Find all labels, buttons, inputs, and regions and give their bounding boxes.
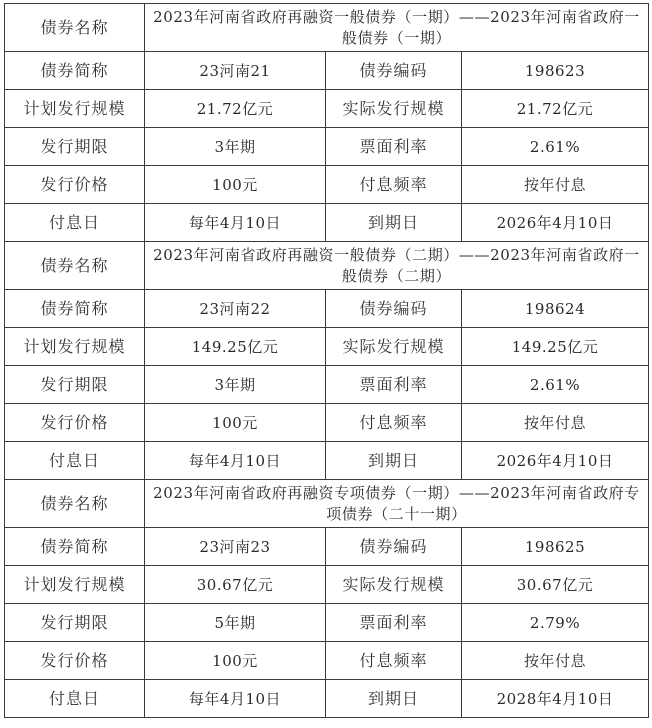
label-term: 发行期限 [5, 366, 145, 404]
bond-1-payment-frequency: 按年付息 [462, 166, 649, 204]
bond-3-date-row: 付息日 每年4月10日 到期日 2028年4月10日 [5, 680, 649, 718]
bond-3-actual-size: 30.67亿元 [462, 566, 649, 604]
bond-2-maturity-date: 2026年4月10日 [462, 442, 649, 480]
bond-1-short-name: 23河南21 [145, 52, 326, 90]
bond-3-maturity-date: 2028年4月10日 [462, 680, 649, 718]
label-actual-size: 实际发行规模 [326, 328, 462, 366]
label-maturity-date: 到期日 [326, 680, 462, 718]
bond-1-payment-date: 每年4月10日 [145, 204, 326, 242]
label-coupon-rate: 票面利率 [326, 366, 462, 404]
label-code: 债券编码 [326, 528, 462, 566]
bond-2-code: 198624 [462, 290, 649, 328]
bond-3-payment-date: 每年4月10日 [145, 680, 326, 718]
bond-2-price-row: 发行价格 100元 付息频率 按年付息 [5, 404, 649, 442]
bond-1-planned-size: 21.72亿元 [145, 90, 326, 128]
label-maturity-date: 到期日 [326, 442, 462, 480]
bond-3-coupon-rate: 2.79% [462, 604, 649, 642]
bond-3-planned-size: 30.67亿元 [145, 566, 326, 604]
label-short-name: 债券简称 [5, 290, 145, 328]
bond-issuance-table: 债券名称 2023年河南省政府再融资一般债券（一期）——2023年河南省政府一般… [4, 3, 649, 718]
bond-2-date-row: 付息日 每年4月10日 到期日 2026年4月10日 [5, 442, 649, 480]
bond-1-maturity-date: 2026年4月10日 [462, 204, 649, 242]
bond-2-coupon-rate: 2.61% [462, 366, 649, 404]
bond-2-short-name-row: 债券简称 23河南22 债券编码 198624 [5, 290, 649, 328]
label-bond-name: 债券名称 [5, 4, 145, 52]
label-bond-name: 债券名称 [5, 242, 145, 290]
bond-3-size-row: 计划发行规模 30.67亿元 实际发行规模 30.67亿元 [5, 566, 649, 604]
bond-2-name-row: 债券名称 2023年河南省政府再融资一般债券（二期）——2023年河南省政府一般… [5, 242, 649, 290]
label-issue-price: 发行价格 [5, 404, 145, 442]
bond-3-name-row: 债券名称 2023年河南省政府再融资专项债券（一期）——2023年河南省政府专项… [5, 480, 649, 528]
bond-1-name-row: 债券名称 2023年河南省政府再融资一般债券（一期）——2023年河南省政府一般… [5, 4, 649, 52]
label-payment-frequency: 付息频率 [326, 166, 462, 204]
bond-1-short-name-row: 债券简称 23河南21 债券编码 198623 [5, 52, 649, 90]
bond-2-short-name: 23河南22 [145, 290, 326, 328]
label-planned-size: 计划发行规模 [5, 90, 145, 128]
bond-3-code: 198625 [462, 528, 649, 566]
bond-2-payment-date: 每年4月10日 [145, 442, 326, 480]
bond-3-payment-frequency: 按年付息 [462, 642, 649, 680]
bond-2-size-row: 计划发行规模 149.25亿元 实际发行规模 149.25亿元 [5, 328, 649, 366]
label-issue-price: 发行价格 [5, 166, 145, 204]
bond-2-payment-frequency: 按年付息 [462, 404, 649, 442]
bond-3-price-row: 发行价格 100元 付息频率 按年付息 [5, 642, 649, 680]
label-code: 债券编码 [326, 52, 462, 90]
bond-3-term-row: 发行期限 5年期 票面利率 2.79% [5, 604, 649, 642]
bond-2-term: 3年期 [145, 366, 326, 404]
bond-1-actual-size: 21.72亿元 [462, 90, 649, 128]
bond-1-term-row: 发行期限 3年期 票面利率 2.61% [5, 128, 649, 166]
bond-1-price-row: 发行价格 100元 付息频率 按年付息 [5, 166, 649, 204]
label-issue-price: 发行价格 [5, 642, 145, 680]
bond-3-short-name: 23河南23 [145, 528, 326, 566]
bond-2-name: 2023年河南省政府再融资一般债券（二期）——2023年河南省政府一般债券（二期… [145, 242, 649, 290]
bond-3-short-name-row: 债券简称 23河南23 债券编码 198625 [5, 528, 649, 566]
bond-3-name: 2023年河南省政府再融资专项债券（一期）——2023年河南省政府专项债券（二十… [145, 480, 649, 528]
label-payment-frequency: 付息频率 [326, 404, 462, 442]
label-payment-date: 付息日 [5, 442, 145, 480]
bond-3-issue-price: 100元 [145, 642, 326, 680]
bond-2-issue-price: 100元 [145, 404, 326, 442]
label-code: 债券编码 [326, 290, 462, 328]
label-coupon-rate: 票面利率 [326, 128, 462, 166]
bond-1-issue-price: 100元 [145, 166, 326, 204]
bond-1-date-row: 付息日 每年4月10日 到期日 2026年4月10日 [5, 204, 649, 242]
bond-1-coupon-rate: 2.61% [462, 128, 649, 166]
label-short-name: 债券简称 [5, 52, 145, 90]
label-planned-size: 计划发行规模 [5, 566, 145, 604]
label-maturity-date: 到期日 [326, 204, 462, 242]
bond-1-code: 198623 [462, 52, 649, 90]
bond-2-planned-size: 149.25亿元 [145, 328, 326, 366]
bond-1-name: 2023年河南省政府再融资一般债券（一期）——2023年河南省政府一般债券（一期… [145, 4, 649, 52]
bond-3-term: 5年期 [145, 604, 326, 642]
bond-2-actual-size: 149.25亿元 [462, 328, 649, 366]
label-payment-date: 付息日 [5, 680, 145, 718]
bond-2-term-row: 发行期限 3年期 票面利率 2.61% [5, 366, 649, 404]
label-term: 发行期限 [5, 604, 145, 642]
bond-1-term: 3年期 [145, 128, 326, 166]
label-payment-frequency: 付息频率 [326, 642, 462, 680]
label-bond-name: 债券名称 [5, 480, 145, 528]
bond-1-size-row: 计划发行规模 21.72亿元 实际发行规模 21.72亿元 [5, 90, 649, 128]
label-short-name: 债券简称 [5, 528, 145, 566]
label-planned-size: 计划发行规模 [5, 328, 145, 366]
label-actual-size: 实际发行规模 [326, 90, 462, 128]
label-term: 发行期限 [5, 128, 145, 166]
label-payment-date: 付息日 [5, 204, 145, 242]
label-coupon-rate: 票面利率 [326, 604, 462, 642]
label-actual-size: 实际发行规模 [326, 566, 462, 604]
